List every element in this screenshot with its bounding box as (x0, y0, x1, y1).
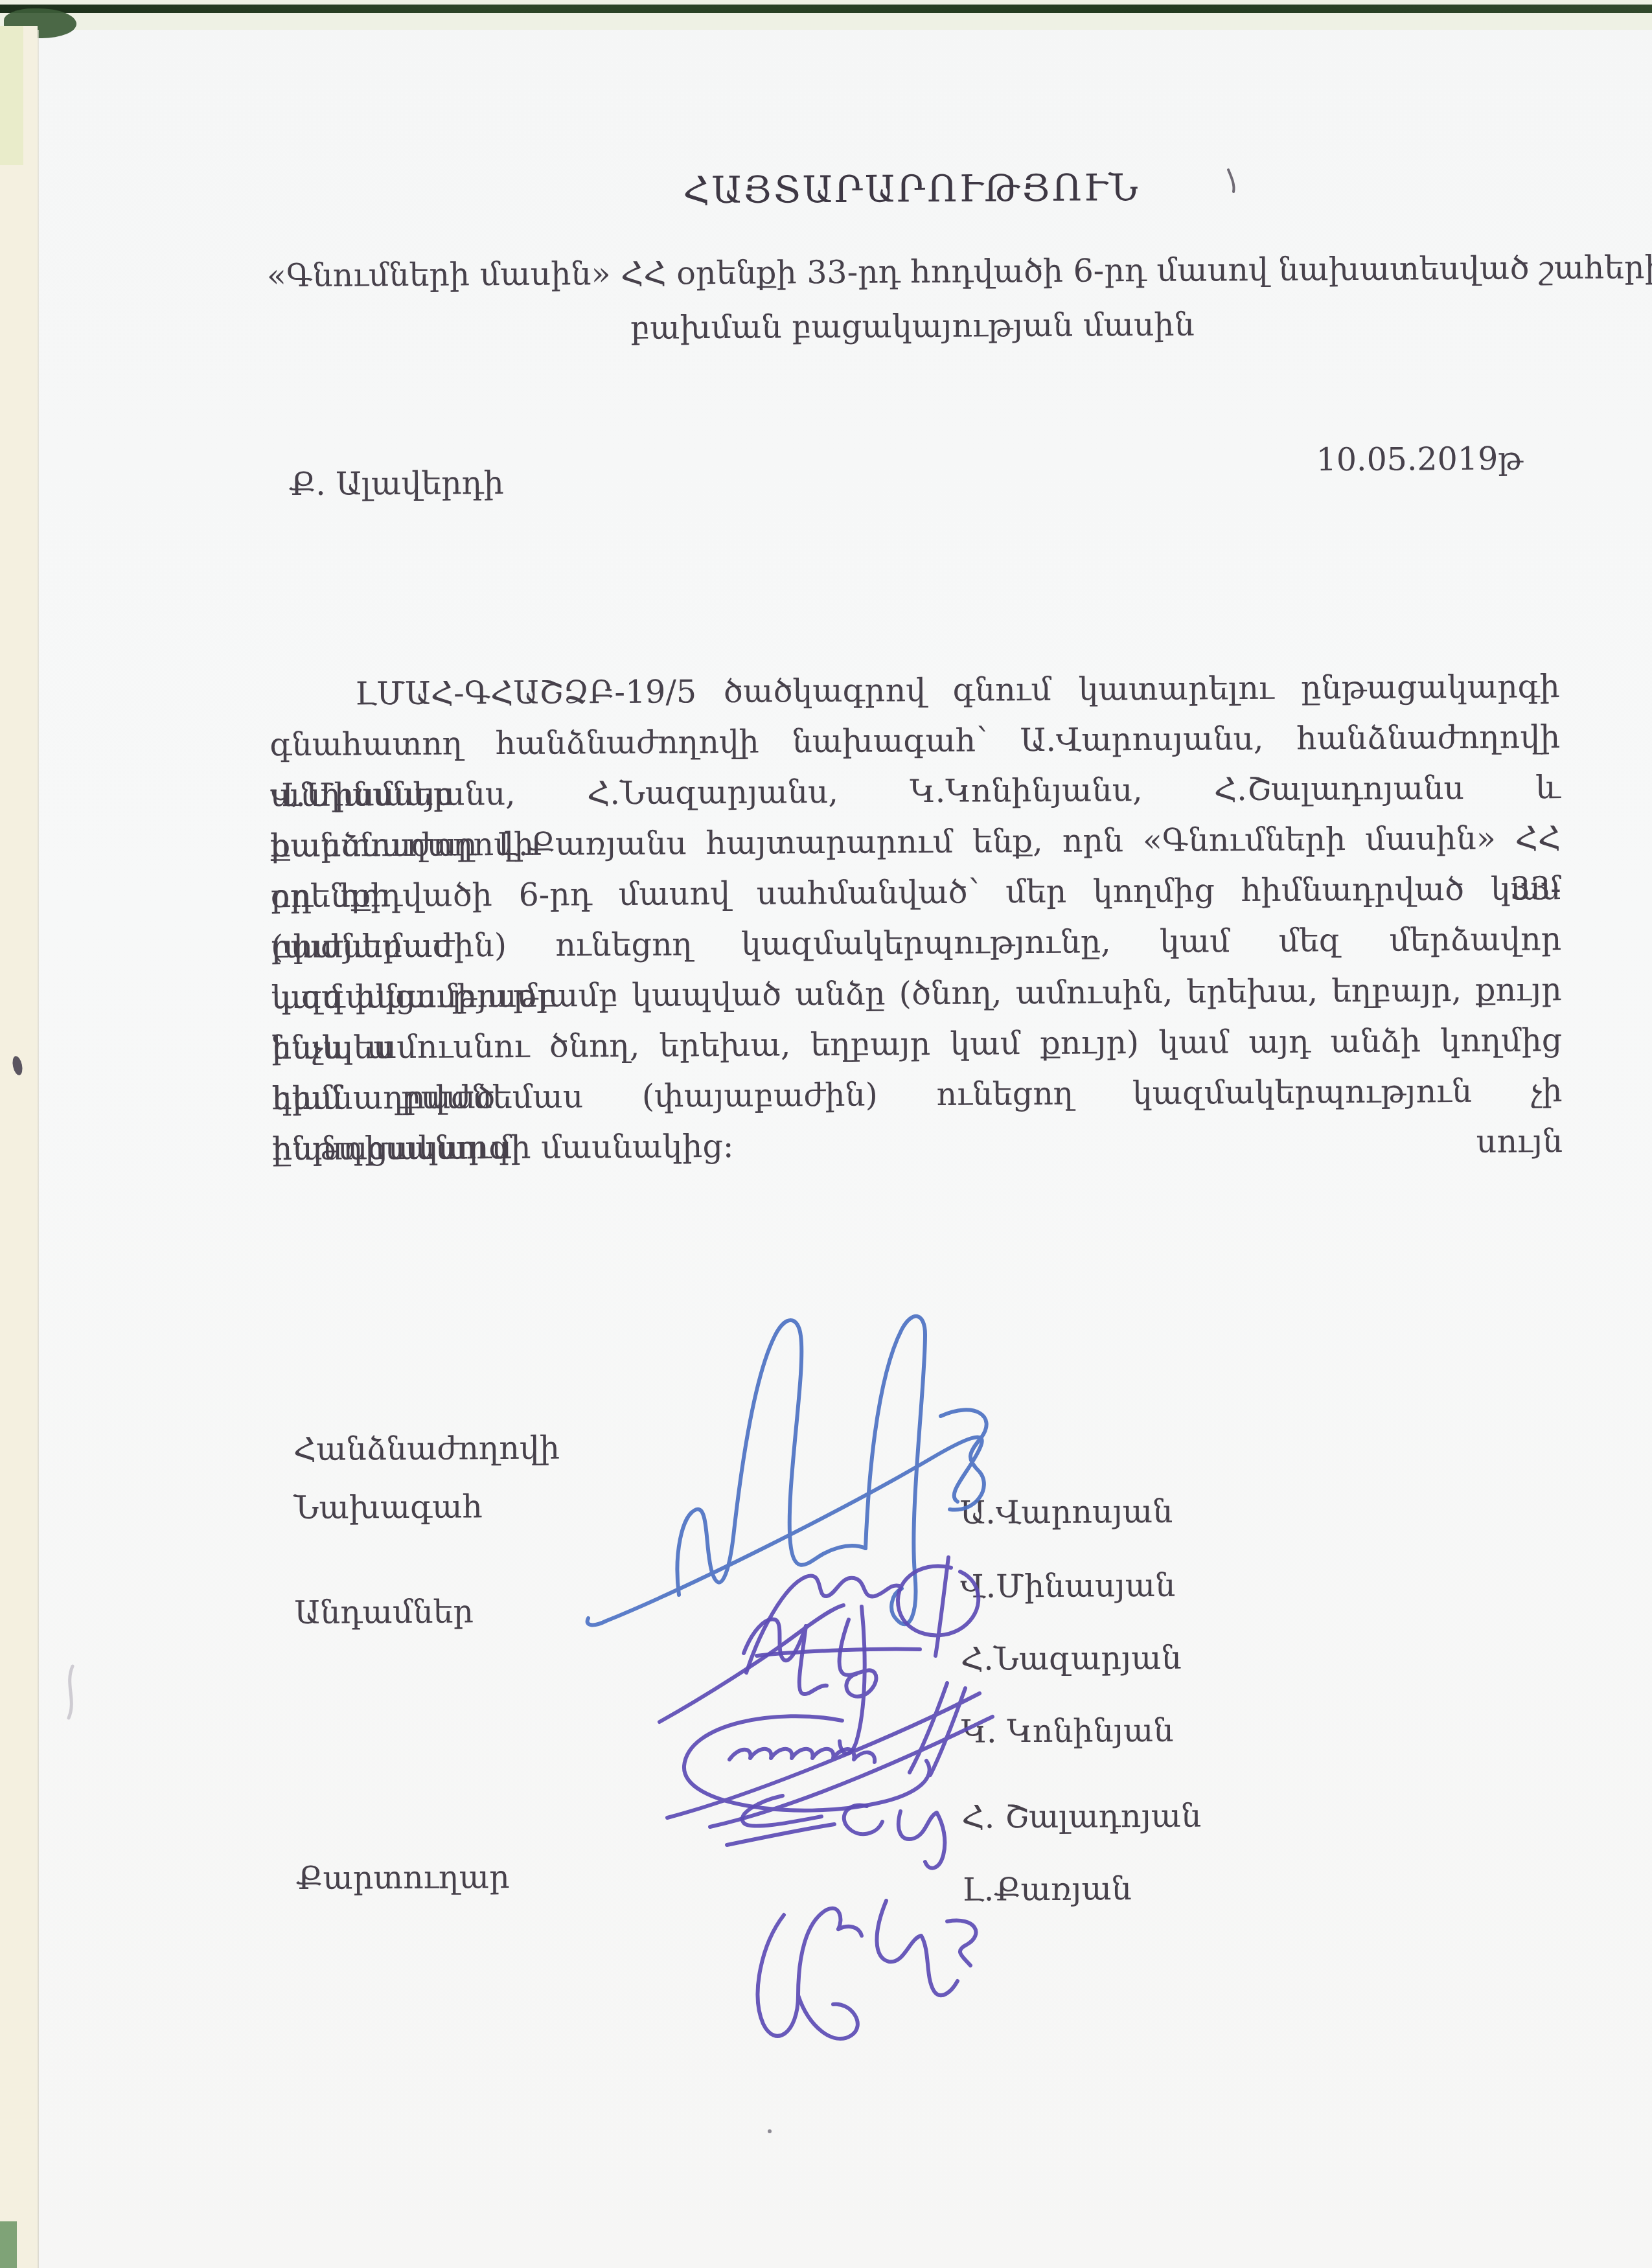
declaration-paragraph: ԼՄԱՀ-ԳՀԱՇՁԲ-19/5 ծածկագրով գնում կատարել… (270, 661, 1563, 1174)
label-secretary: Քարտուղար (296, 1859, 510, 1897)
signatory-name-nazaryan: Հ.Նազարյան (961, 1640, 1182, 1678)
scanned-declaration-page: ՀԱՅՏԱՐԱՐՈՒԹՅՈՒՆ «Գնումների մասին» ՀՀ օրե… (0, 0, 1652, 2268)
paragraph-line: քարտուղար Լ.Քառյանս հայտարարում ենք, որն… (270, 813, 1561, 871)
paragraph-line: (փայաբաժին) ունեցող կազմակերպությունը, կ… (271, 914, 1561, 972)
document-subtitle-line2: բախման բացակայության մասին (267, 304, 1557, 349)
paragraph-line: նաև ամուսնու ծնող, երեխա, եղբայր կամ քու… (271, 1015, 1562, 1073)
date-line: 10.05.2019թ (1316, 440, 1523, 478)
label-committee: Հանձնաժողովի (293, 1430, 560, 1469)
document-title: ՀԱՅՏԱՐԱՐՈՒԹՅՈՒՆ (266, 164, 1557, 214)
document-subtitle-line1: «Գնումների մասին» ՀՀ օրենքի 33-րդ հոդված… (267, 249, 1557, 294)
signatory-name-shaladoyan: Հ. Շալադոյան (961, 1797, 1201, 1835)
signatory-name-koninyan: Կ. Կոնինյան (961, 1712, 1173, 1750)
place-line: Ք. Ալավերդի (289, 464, 504, 503)
typed-content: ՀԱՅՏԱՐԱՐՈՒԹՅՈՒՆ «Գնումների մասին» ՀՀ օրե… (0, 0, 1652, 2268)
signatory-name-minasyan: Վ.Մինասյան (960, 1567, 1175, 1605)
paragraph-line: գնահատող հանձնաժողովի նախագահ՝ Ա.Վարոսյա… (270, 712, 1560, 770)
paragraph-line: կամ բաժնեմաս (փայաբաժին) ունեցող կազմակե… (271, 1066, 1562, 1124)
label-members: Անդամներ (294, 1593, 474, 1631)
label-chairman: Նախագահ (293, 1488, 483, 1526)
paragraph-line: րդ հոդվածի 6-րդ մասով սահմանված՝ մեր կող… (271, 864, 1561, 922)
signatory-name-varosyan: Ա.Վարոսյան (959, 1493, 1173, 1531)
paragraph-line: ԼՄԱՀ-ԳՀԱՇՁԲ-19/5 ծածկագրով գնում կատարել… (270, 661, 1560, 720)
paragraph-line: կամ խնամիությամբ կապված անձը (ծնող, ամու… (271, 965, 1561, 1023)
paragraph-line: Վ.Մինասյանս, Հ.Նազարյանս, Կ.Կոնինյանս, Հ… (270, 762, 1561, 821)
signatory-name-qaryan: Լ.Քառյան (962, 1870, 1132, 1908)
